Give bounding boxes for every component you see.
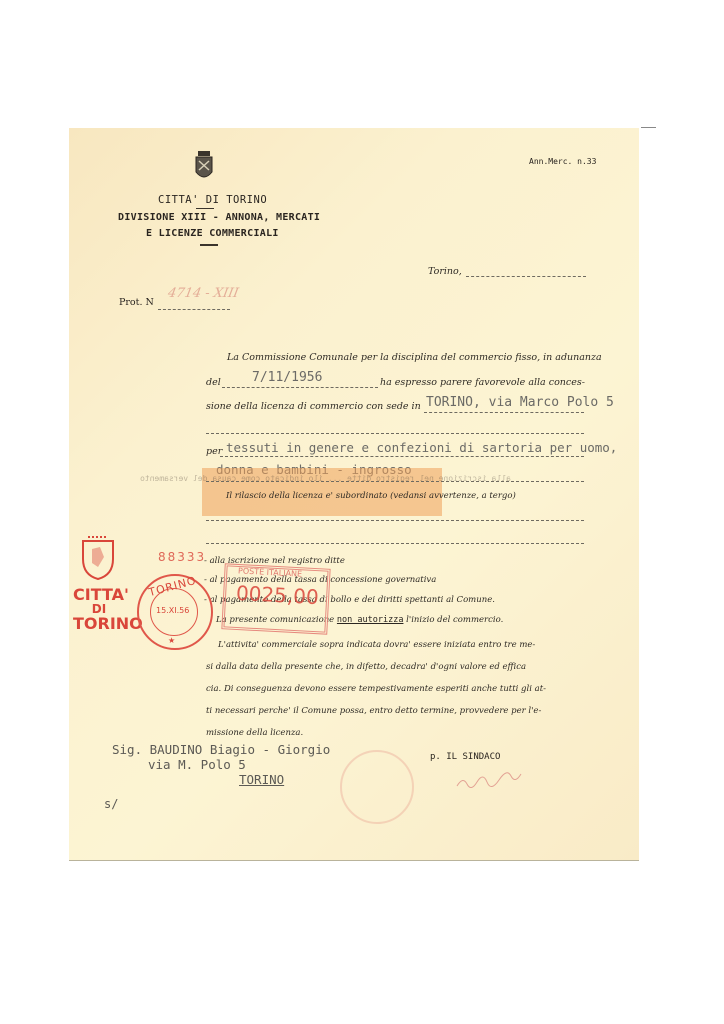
- postmark-date: 15.XI.56: [156, 606, 189, 615]
- meeting-date-value: 7/11/1956: [252, 370, 322, 385]
- intro-line: La Commissione Comunale per la disciplin…: [227, 352, 602, 363]
- city-heading: CITTA' DI TORINO: [158, 194, 267, 206]
- goods-field[interactable]: [220, 456, 584, 457]
- paragraph-line-5: missione della licenza.: [206, 728, 303, 738]
- paragraph-line-1: L'attivita' commerciale sopra indicata d…: [218, 640, 535, 650]
- coat-of-arms-icon: [194, 150, 214, 182]
- date-field[interactable]: [466, 276, 586, 277]
- division-line-2: E LICENZE COMMERCIALI: [146, 228, 279, 239]
- paragraph-line-2: si dalla data della presente che, in dif…: [206, 662, 526, 672]
- del-label: del: [206, 377, 221, 388]
- city-stamp-line-3: TORINO: [73, 615, 125, 632]
- signature-label: p. IL SINDACO: [430, 752, 500, 762]
- signature-scrawl-icon: [455, 770, 525, 792]
- city-stamp-line-1: CITTA': [73, 586, 125, 603]
- footer-mark: s/: [104, 797, 118, 811]
- paragraph-line-4: ti necessari perche' il Comune possa, en…: [206, 706, 541, 716]
- seat-line: sione della licenza di commercio con sed…: [206, 401, 421, 412]
- notice-suffix: l'inizio del commercio.: [406, 615, 503, 625]
- blank-line-4: [206, 543, 584, 544]
- meter-value: 0025,00: [235, 581, 319, 609]
- blank-line-1: [206, 433, 584, 434]
- place-label: Torino,: [428, 266, 462, 277]
- after-date-line: ha espresso parere favorevole alla conce…: [380, 377, 585, 388]
- city-stamp: CITTA' DI TORINO: [73, 586, 125, 632]
- city-shield-icon: [80, 535, 116, 581]
- address-value: TORINO, via Marco Polo 5: [426, 395, 614, 410]
- protocol-label: Prot. N: [119, 297, 154, 308]
- faded-seal-stamp: [340, 750, 414, 824]
- meeting-date-field[interactable]: [222, 387, 378, 388]
- notice-emphasis: non autorizza: [337, 615, 404, 625]
- protocol-handwritten: 4714 - XIII: [167, 286, 240, 301]
- postmark-star-icon: ★: [168, 636, 175, 645]
- division-rule: [200, 244, 218, 246]
- recipient-city: TORINO: [239, 772, 284, 787]
- recipient-name: Sig. BAUDINO Biagio - Giorgio: [112, 742, 330, 757]
- blank-line-3: [206, 520, 584, 521]
- protocol-field[interactable]: [158, 309, 230, 310]
- address-field[interactable]: [424, 412, 584, 413]
- blank-line-2: [206, 481, 584, 482]
- condition-line: Il rilascio della licenza e' subordinato…: [226, 491, 516, 501]
- scan-edge-mark: [641, 127, 656, 128]
- form-code: Ann.Merc. n.33: [529, 157, 596, 166]
- goods-line-1: tessuti in genere e confezioni di sartor…: [226, 440, 617, 455]
- recipient-street: via M. Polo 5: [148, 757, 246, 772]
- division-line-1: DIVISIONE XIII - ANNONA, MERCATI: [118, 212, 320, 223]
- paragraph-line-3: cia. Di conseguenza devono essere tempes…: [206, 684, 546, 694]
- serial-number: 88333: [158, 550, 206, 564]
- heading-rule: [196, 208, 214, 209]
